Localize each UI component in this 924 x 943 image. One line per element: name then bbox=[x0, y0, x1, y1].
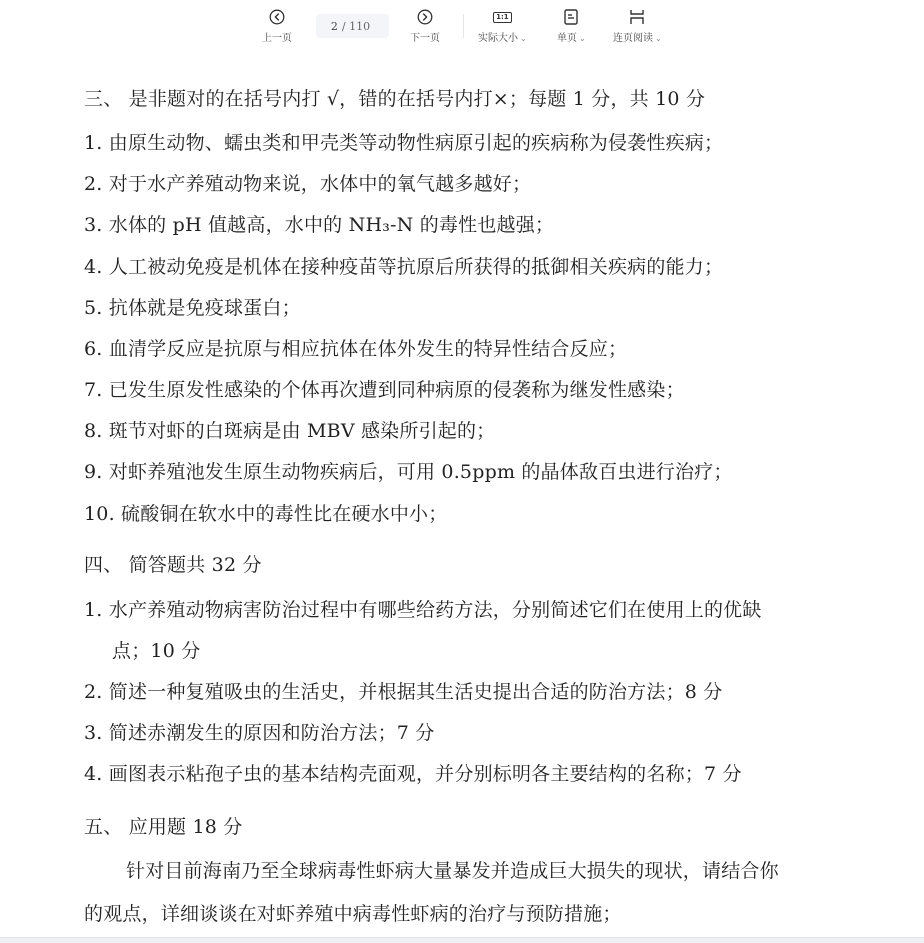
question-item: 10. 硫酸铜在软水中的毒性比在硬水中小； bbox=[84, 499, 447, 526]
question-item: 1. 由原生动物、蠕虫类和甲壳类等动物性病原引起的疾病称为侵袭性疾病； bbox=[84, 128, 723, 155]
chevron-left-circle-icon bbox=[269, 8, 285, 26]
page-gap bbox=[0, 937, 924, 943]
question-item: 4. 人工被动免疫是机体在接种疫苗等抗原后所获得的抵御相关疾病的能力； bbox=[84, 252, 723, 279]
section-3-heading: 三、 是非题对的在括号内打 √，错的在括号内打×；每题 1 分，共 10 分 bbox=[84, 84, 705, 111]
current-page: 2 bbox=[331, 20, 338, 33]
question-item: 5. 抗体就是免疫球蛋白； bbox=[84, 293, 301, 320]
toolbar-divider bbox=[463, 14, 464, 38]
continuous-reading-dropdown[interactable]: 连页阅读⌄ bbox=[613, 8, 662, 44]
prev-page-label: 上一页 bbox=[262, 29, 292, 44]
section-4-heading: 四、 简答题共 32 分 bbox=[84, 550, 262, 577]
next-page-button[interactable]: 下一页 bbox=[410, 8, 440, 44]
prev-page-button[interactable]: 上一页 bbox=[262, 8, 292, 44]
chevron-down-icon: ⌄ bbox=[579, 34, 586, 43]
question-item: 4. 画图表示粘孢子虫的基本结构壳面观，并分别标明各主要结构的名称；7 分 bbox=[84, 759, 742, 786]
question-item-continuation: 点；10 分 bbox=[112, 636, 200, 663]
continuous-pages-icon bbox=[629, 8, 645, 26]
question-item: 9. 对虾养殖池发生原生动物疾病后，可用 0.5ppm 的晶体敌百虫进行治疗； bbox=[84, 457, 733, 484]
document-page: 三、 是非题对的在括号内打 √，错的在括号内打×；每题 1 分，共 10 分 1… bbox=[0, 52, 924, 937]
paragraph-line: 针对目前海南乃至全球病毒性虾病大量暴发并造成巨大损失的现状，请结合你 bbox=[126, 856, 779, 883]
layout-label: 单页 bbox=[557, 33, 577, 44]
paragraph-line: 的观点，详细谈谈在对虾养殖中病毒性虾病的治疗与预防措施； bbox=[84, 899, 622, 926]
question-item: 3. 水体的 pH 值越高，水中的 NH₃-N 的毒性也越强； bbox=[84, 210, 554, 237]
page-number-input[interactable]: 2 / 110 bbox=[316, 14, 389, 38]
zoom-actual-size-dropdown[interactable]: 1:1 实际大小⌄ bbox=[478, 8, 527, 44]
actual-size-icon: 1:1 bbox=[493, 8, 512, 26]
question-item: 3. 简述赤潮发生的原因和防治方法；7 分 bbox=[84, 718, 435, 745]
chevron-right-circle-icon bbox=[417, 8, 433, 26]
question-item: 1. 水产养殖动物病害防治过程中有哪些给药方法，分别简述它们在使用上的优缺 bbox=[84, 595, 762, 622]
question-item: 7. 已发生原发性感染的个体再次遭到同种病原的侵袭称为继发性感染； bbox=[84, 375, 685, 402]
section-5-heading: 五、 应用题 18 分 bbox=[84, 812, 243, 839]
total-pages: / 110 bbox=[342, 20, 370, 33]
continuous-label: 连页阅读 bbox=[613, 33, 653, 44]
question-item: 6. 血清学反应是抗原与相应抗体在体外发生的特异性结合反应； bbox=[84, 334, 627, 361]
chevron-down-icon: ⌄ bbox=[655, 34, 662, 43]
next-page-label: 下一页 bbox=[410, 29, 440, 44]
question-item: 8. 斑节对虾的白斑病是由 MBV 感染所引起的； bbox=[84, 416, 495, 443]
question-item: 2. 对于水产养殖动物来说，水体中的氧气越多越好； bbox=[84, 169, 531, 196]
single-page-icon bbox=[564, 8, 578, 26]
zoom-label: 实际大小 bbox=[478, 33, 518, 44]
chevron-down-icon: ⌄ bbox=[520, 34, 527, 43]
question-item: 2. 简述一种复殖吸虫的生活史，并根据其生活史提出合适的防治方法；8 分 bbox=[84, 677, 723, 704]
pdf-toolbar: 上一页 2 / 110 下一页 1:1 实际大小⌄ 单页⌄ 连页阅读⌄ bbox=[0, 0, 924, 52]
single-page-dropdown[interactable]: 单页⌄ bbox=[557, 8, 586, 44]
